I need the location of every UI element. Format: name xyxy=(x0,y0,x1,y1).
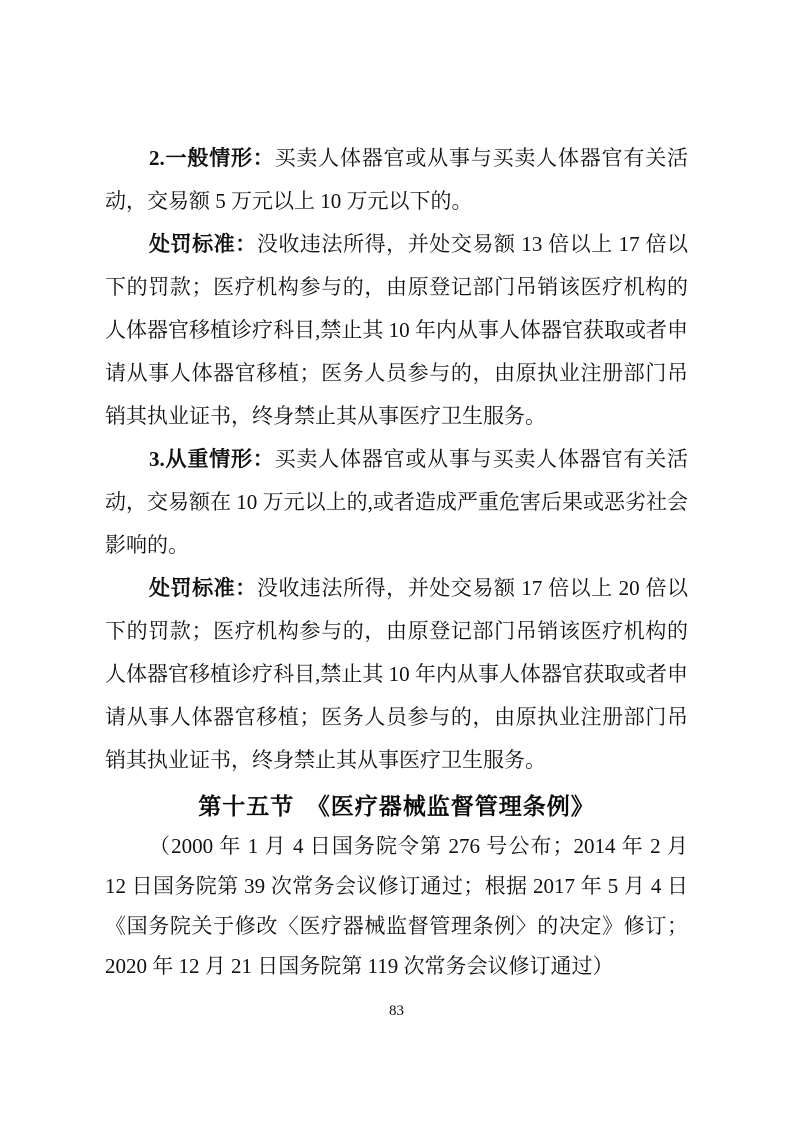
page-number: 83 xyxy=(0,1001,793,1021)
paragraph-text: 没收违法所得，并处交易额 17 倍以上 20 倍以下的罚款；医疗机构参与的，由原… xyxy=(105,576,688,772)
publication-note: （2000 年 1 月 4 日国务院令第 276 号公布；2014 年 2 月 … xyxy=(105,826,688,986)
paragraph-general-case: 2.一般情形：买卖人体器官或从事与买卖人体器官有关活动，交易额 5 万元以上 1… xyxy=(105,137,688,223)
paragraph-lead: 处罚标准： xyxy=(149,232,257,256)
paragraph-penalty-standard-2: 处罚标准：没收违法所得，并处交易额 17 倍以上 20 倍以下的罚款；医疗机构参… xyxy=(105,567,688,782)
page-content: 2.一般情形：买卖人体器官或从事与买卖人体器官有关活动，交易额 5 万元以上 1… xyxy=(105,137,688,986)
paragraph-aggravated-case: 3.从重情形：买卖人体器官或从事与买卖人体器官有关活动，交易额在 10 万元以上… xyxy=(105,438,688,567)
paragraph-lead: 3.从重情形： xyxy=(149,447,275,471)
paragraph-lead: 2.一般情形： xyxy=(149,146,275,170)
document-page: 2.一般情形：买卖人体器官或从事与买卖人体器官有关活动，交易额 5 万元以上 1… xyxy=(0,0,793,1122)
paragraph-penalty-standard-1: 处罚标准：没收违法所得，并处交易额 13 倍以上 17 倍以下的罚款；医疗机构参… xyxy=(105,223,688,438)
paragraph-text: 没收违法所得，并处交易额 13 倍以上 17 倍以下的罚款；医疗机构参与的，由原… xyxy=(105,232,688,428)
section-heading: 第十五节 《医疗器械监督管理条例》 xyxy=(105,786,688,826)
paragraph-lead: 处罚标准： xyxy=(149,576,257,600)
